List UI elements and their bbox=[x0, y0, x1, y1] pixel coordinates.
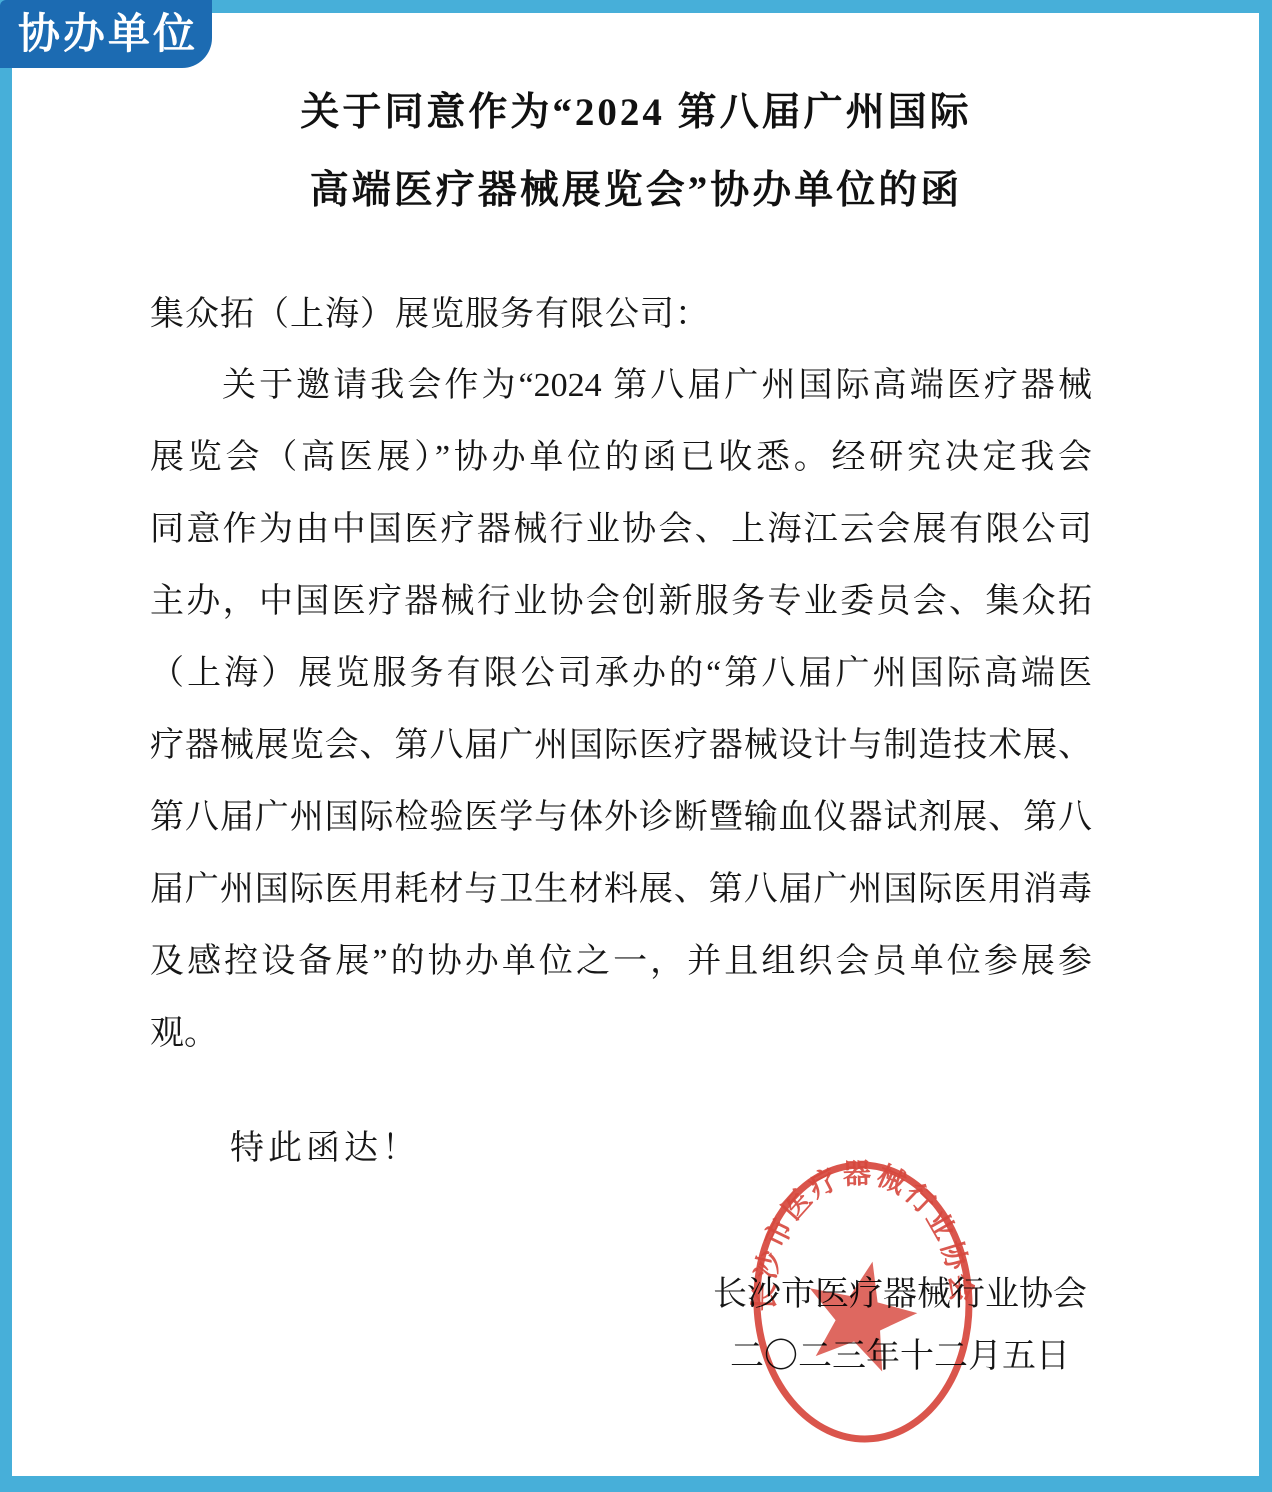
co-organizer-badge: 协办单位 bbox=[0, 0, 212, 68]
body-line: 展览会（高医展）”协办单位的函已收悉。经研究决定我会 bbox=[150, 422, 1092, 494]
body-line: 观。 bbox=[150, 998, 1092, 1070]
signature-block: 长沙市医疗器械行业协会 二〇二三年十二月五日 bbox=[680, 1264, 1120, 1388]
letter-title-line-2: 高端医疗器械展览会”协办单位的函 bbox=[0, 152, 1272, 230]
letter-salutation: 集众拓（上海）展览服务有限公司： bbox=[150, 286, 710, 335]
body-line: （上海）展览服务有限公司承办的“第八届广州国际高端医 bbox=[150, 638, 1092, 710]
letter-date: 二〇二三年十二月五日 bbox=[680, 1326, 1120, 1388]
body-line: 关于邀请我会作为“2024 第八届广州国际高端医疗器械 bbox=[150, 350, 1092, 422]
body-line: 届广州国际医用耗材与卫生材料展、第八届广州国际医用消毒 bbox=[150, 854, 1092, 926]
letter-title-line-1: 关于同意作为“2024 第八届广州国际 bbox=[0, 74, 1272, 152]
signer-name: 长沙市医疗器械行业协会 bbox=[680, 1264, 1120, 1326]
body-line: 主办，中国医疗器械行业协会创新服务专业委员会、集众拓 bbox=[150, 566, 1092, 638]
body-line: 及感控设备展”的协办单位之一，并且组织会员单位参展参 bbox=[150, 926, 1092, 998]
letter-title: 关于同意作为“2024 第八届广州国际 高端医疗器械展览会”协办单位的函 bbox=[0, 74, 1272, 230]
letter-closing: 特此函达！ bbox=[230, 1120, 420, 1169]
body-line: 疗器械展览会、第八届广州国际医疗器械设计与制造技术展、 bbox=[150, 710, 1092, 782]
letter-body: 关于邀请我会作为“2024 第八届广州国际高端医疗器械 展览会（高医展）”协办单… bbox=[150, 350, 1092, 1070]
body-line: 同意作为由中国医疗器械行业协会、上海江云会展有限公司 bbox=[150, 494, 1092, 566]
letter-page: 协办单位 关于同意作为“2024 第八届广州国际 高端医疗器械展览会”协办单位的… bbox=[0, 0, 1272, 1492]
co-organizer-badge-label: 协办单位 bbox=[18, 13, 198, 55]
body-line: 第八届广州国际检验医学与体外诊断暨输血仪器试剂展、第八 bbox=[150, 782, 1092, 854]
